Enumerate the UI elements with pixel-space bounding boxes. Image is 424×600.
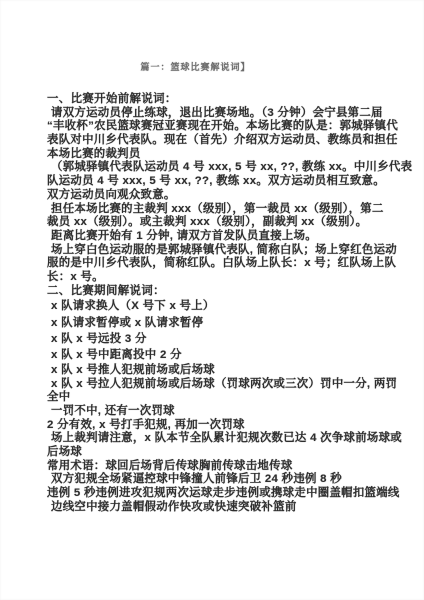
doc-title: 篇一：篮球比赛解说词】 [47, 61, 344, 73]
text-line: （郭城驿镇代表队运动员 4 号 xxx, 5 号 xx, ??, 教练 xx。中… [47, 161, 384, 175]
text-line: 2 分有效, x 号打手犯规, 再加一次罚球 [47, 419, 384, 433]
text-line: 常用术语：球回后场背后传球胸前传球击地传球 [47, 460, 384, 474]
document-page: 篇一：篮球比赛解说词】 一、比赛开始前解说词：请双方运动员停止练球，退出比赛场地… [0, 0, 424, 600]
section-heading: 一、比赛开始前解说词： [47, 93, 384, 107]
text-line: 请双方运动员停止练球，退出比赛场地。（3 分钟）会宁县第二届 [47, 107, 384, 121]
text-line: “丰收杯”农民篮球赛冠亚赛现在开始。本场比赛的队是：郭城驿镇代 [47, 120, 384, 134]
text-line: 本场比赛的裁判员 [47, 148, 384, 162]
text-line: 担任本场比赛的主裁判 xxx（级别），第一裁员 xx（级别），第二 [47, 203, 384, 217]
text-line: 表队对中川乡代表队。现在（首先）介绍双方运动员、教练员和担任 [47, 134, 384, 148]
text-line: 一罚不中, 还有一次罚球 [47, 405, 384, 419]
document-content: 篇一：篮球比赛解说词】 一、比赛开始前解说词：请双方运动员停止练球，退出比赛场地… [0, 0, 424, 514]
text-line: x 队请求换人（X 号下 x 号上） [47, 298, 384, 314]
text-line: 违例 5 秒违例进攻犯规两次运球走步违例或携球走中圈盖帽扣篮端线 [47, 487, 384, 501]
text-line: 边线空中接力盖帽假动作快攻或快速突破补篮前 [47, 501, 384, 515]
text-line: 服的是中川乡代表队，简称红队。白队场上队长：x 号；红队场上队 [47, 257, 384, 271]
document-body: 一、比赛开始前解说词：请双方运动员停止练球，退出比赛场地。（3 分钟）会宁县第二… [47, 93, 384, 514]
text-line: x 队 x 号推人犯规前场或后场球 [47, 364, 384, 378]
text-line: x 队请求暂停或 x 队请求暂停 [47, 315, 384, 331]
text-line: x 队 x 号中距离投中 2 分 [47, 347, 384, 363]
text-line: x 队 x 号拉人犯规前场或后场球（罚球两次或三次）罚中一分, 两罚 [47, 378, 384, 392]
text-line: 后场球 [47, 446, 384, 460]
text-line: x 队 x 号远投 3 分 [47, 331, 384, 347]
text-line: 裁员 xx（级别）。或主裁判 xxx（级别），副裁判 xx（级别）。 [47, 216, 384, 230]
text-line: 场上裁判请注意，x 队本节全队累计犯规次数已达 4 次争球前场球或 [47, 432, 384, 446]
text-line: 场上穿白色运动服的是郭城驿镇代表队, 简称白队；场上穿红色运动 [47, 244, 384, 258]
text-line: 队运动员 4 号 xxx, 5 号 xx, ??, 教练 xx。双方运动员相互致… [47, 175, 384, 189]
text-line: 双方运动员向观众致意。 [47, 189, 384, 203]
text-line: 全中 [47, 391, 384, 405]
text-line: 双方犯规全场紧逼控球中锋撞人前锋后卫 24 秒违例 8 秒 [47, 473, 384, 487]
section-heading: 二、比赛期间解说词： [47, 285, 384, 299]
text-line: 长：x 号。 [47, 271, 384, 285]
text-line: 距离比赛开始有 1 分钟, 请双方首发队员直接上场。 [47, 230, 384, 244]
